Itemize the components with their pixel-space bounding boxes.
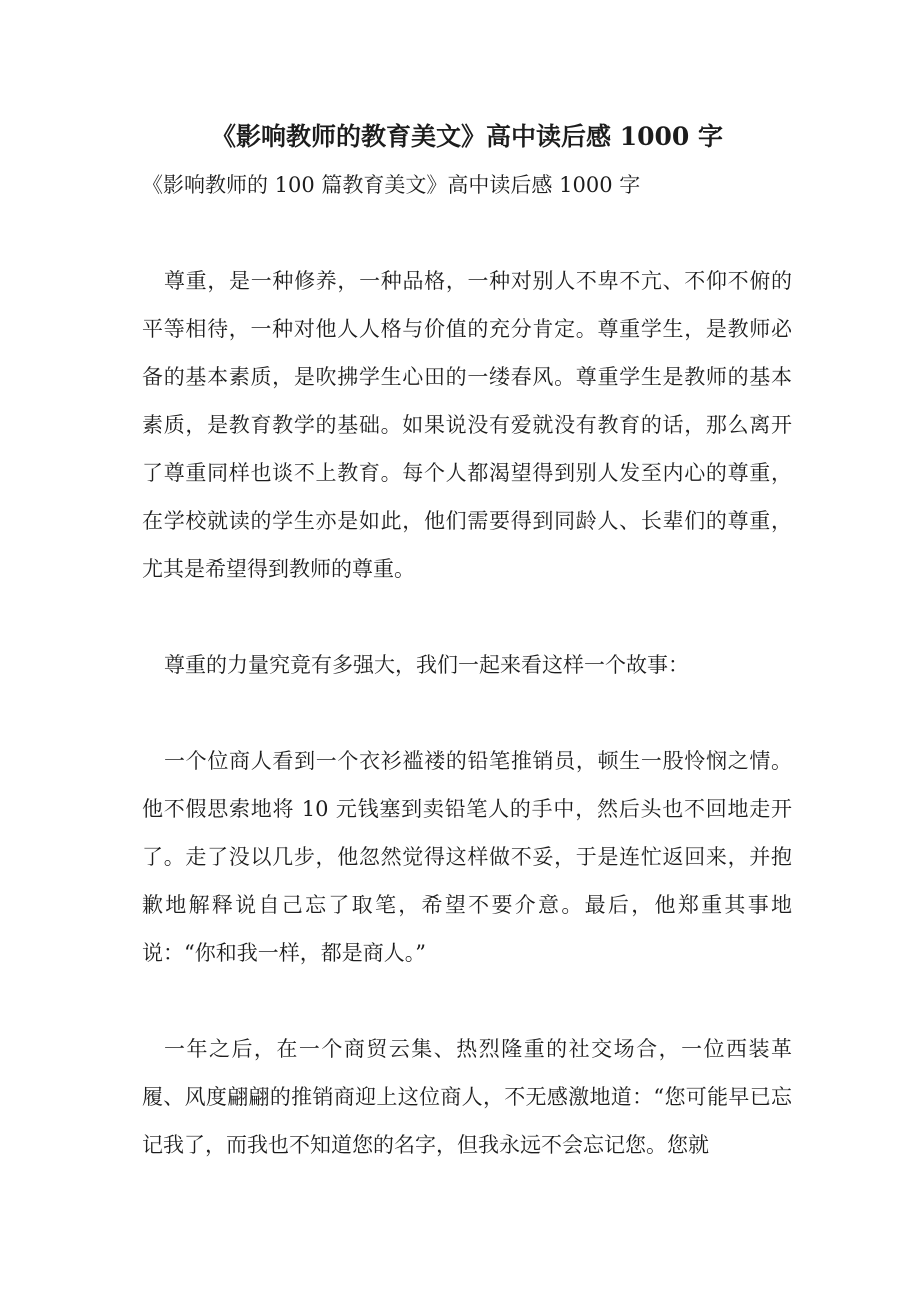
document-content: 《影响教师的教育美文》高中读后感 1000 字 《影响教师的 100 篇教育美文… bbox=[142, 112, 792, 1169]
paragraph-one-year-later: 一年之后，在一个商贸云集、热烈隆重的社交场合，一位西装革履、风度翩翩的推销商迎上… bbox=[142, 1025, 792, 1169]
paragraph-story-intro: 尊重的力量究竟有多强大，我们一起来看这样一个故事： bbox=[142, 641, 792, 689]
paragraph-respect-definition: 尊重，是一种修养，一种品格，一种对别人不卑不亢、不仰不俯的平等相待，一种对他人人… bbox=[142, 257, 792, 593]
document-subtitle: 《影响教师的 100 篇教育美文》高中读后感 1000 字 bbox=[142, 161, 792, 209]
document-page: 《影响教师的教育美文》高中读后感 1000 字 《影响教师的 100 篇教育美文… bbox=[0, 0, 920, 1302]
document-title: 《影响教师的教育美文》高中读后感 1000 字 bbox=[142, 112, 792, 161]
paragraph-merchant-story: 一个位商人看到一个衣衫褴褛的铅笔推销员，顿生一股怜悯之情。他不假思索地将 10 … bbox=[142, 737, 792, 977]
